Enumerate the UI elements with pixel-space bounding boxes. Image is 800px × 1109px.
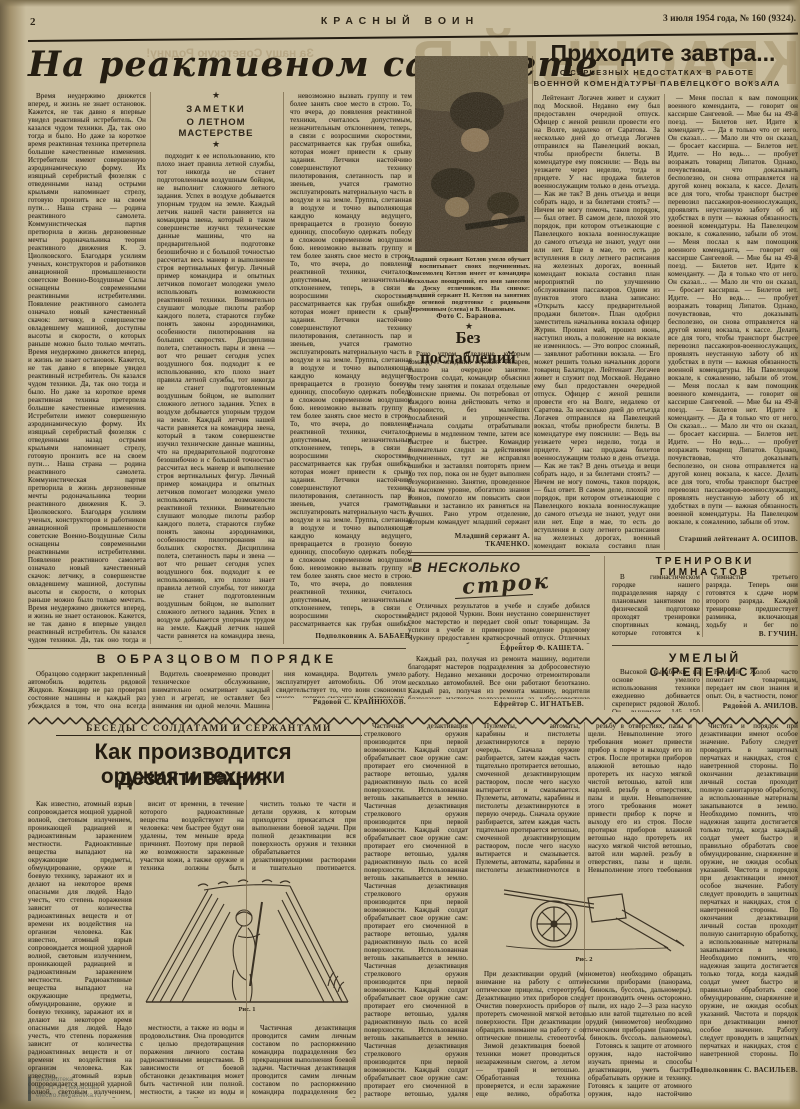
column-rule bbox=[702, 668, 703, 712]
scraper-column-1: Высокой выработки на основе умелого испо… bbox=[612, 668, 700, 712]
figure-1-caption: Рис. 1 bbox=[138, 1006, 356, 1013]
column-rule bbox=[604, 556, 605, 710]
jet-article-column-2: подходит к ее использованию, кто плохо з… bbox=[157, 152, 275, 642]
masthead-title: КРАСНЫЙ ВОИН bbox=[300, 15, 500, 27]
notes-box-line1: ЗАМЕТКИ bbox=[157, 104, 275, 115]
zigzag-divider bbox=[28, 712, 798, 720]
star-icon: ★ bbox=[157, 90, 275, 101]
double-rule bbox=[408, 555, 590, 556]
notes-box-line2: О ЛЕТНОМ МАСТЕРСТВЕ bbox=[157, 117, 275, 139]
watermark-line3: electro.nekrasovka.ru bbox=[36, 1092, 176, 1100]
jet-article-headline: На реактивном самолете bbox=[28, 44, 414, 85]
come-tomorrow-column-1: Лейтенант Логачев живет и служит под Мос… bbox=[534, 94, 660, 550]
exemplary-order-signature: Рядовой С. КРАЙНЮХОВ. bbox=[276, 698, 406, 706]
few-lines-item-1: Отличных результатов в учебе и службе до… bbox=[408, 602, 590, 644]
deactivation-column-3-bottom: Частичная дезактивация проводится самим … bbox=[252, 1024, 356, 1098]
few-lines-item-2-signature: Ефрейтор С. ИГНАТЬЕВ. bbox=[408, 700, 584, 708]
column-rule bbox=[148, 670, 149, 710]
column-rule bbox=[150, 92, 151, 644]
newspaper-page-scan: КРАСНЫЙ ВОИН За нашу Советскую Родину! 2… bbox=[0, 0, 800, 1109]
exemplary-order-column-3: ния командира. Водитель умело эксплуатир… bbox=[276, 670, 406, 698]
exemplary-order-column-2: Водитель своевременно проводит техническ… bbox=[152, 670, 270, 710]
scan-edge-left bbox=[0, 0, 26, 1109]
watermark-bar-icon bbox=[28, 1077, 31, 1101]
column-rule bbox=[283, 92, 284, 644]
deactivation-column-1: Как известно, атомный взрыв сопровождает… bbox=[28, 800, 132, 1098]
column-rule bbox=[360, 722, 361, 1098]
deactivation-column-4: Частичная дезактивация стрелкового оружи… bbox=[364, 722, 468, 1098]
watermark-line2: им. Н. А. Некрасова bbox=[36, 1084, 176, 1092]
jet-article-column-3: невозможно вызвать группу и тем более за… bbox=[290, 92, 412, 628]
date-issue-line: 3 июля 1954 года, № 160 (9324). bbox=[540, 14, 796, 24]
come-tomorrow-subtitle-1: О СЕРЬЕЗНЫХ НЕДОСТАТКАХ В РАБОТЕ bbox=[514, 68, 800, 77]
scan-edge-top bbox=[0, 0, 800, 7]
column-rule bbox=[472, 722, 473, 1098]
page-number: 2 bbox=[30, 16, 36, 28]
exemplary-order-column-1: Образцово содержит закрепленный автомоби… bbox=[28, 670, 146, 710]
column-rule bbox=[532, 56, 533, 550]
few-lines-item-1-signature: Ефрейтор Ф. КАШЕТА. bbox=[408, 644, 584, 652]
star-icon: ★ bbox=[157, 139, 275, 150]
column-rule bbox=[134, 800, 135, 1098]
come-tomorrow-subtitle-2: ВОЕННОЙ КОМЕНДАТУРЫ ПАВЕЛЕЦКОГО ВОКЗАЛА bbox=[514, 79, 800, 88]
gymnasts-column-1: В гимнастическом городке нашего подразде… bbox=[612, 573, 700, 639]
deactivation-column-7: Чистота и порядок при дезактивации имеют… bbox=[700, 722, 798, 1060]
come-tomorrow-signature: Старший лейтенант А. ОСИПОВ. bbox=[668, 535, 798, 543]
come-tomorrow-headline: Приходите завтра... bbox=[528, 40, 798, 67]
jet-article-signature: Подполковник А. БАБАЕВ. bbox=[290, 632, 412, 640]
scraper-signature: Рядовой А. АЧИЛОВ. bbox=[706, 702, 798, 710]
talks-with-soldiers-kicker: БЕСЕДЫ С СОЛДАТАМИ И СЕРЖАНТАМИ bbox=[56, 724, 362, 736]
deactivation-column-5-top: Пулеметы, автоматы, карабины и пистолеты… bbox=[476, 722, 580, 872]
deactivation-column-6-top: резьбу в отверстиях, пазы и щели. Невыпо… bbox=[588, 722, 692, 872]
column-rule bbox=[584, 722, 585, 1098]
section-rule bbox=[408, 552, 798, 553]
deactivation-column-2-top: висит от времени, в течение которого рад… bbox=[140, 800, 244, 870]
gymnasts-column-2: гимнасты третьего разряда. Теперь они го… bbox=[706, 573, 798, 629]
come-tomorrow-column-2: — Меня послал к вам помощник военного ко… bbox=[668, 94, 798, 532]
column-rule bbox=[696, 722, 697, 1062]
library-watermark: Библиотека им. Н. А. Некрасова electro.n… bbox=[28, 1076, 176, 1100]
notes-on-flying-mastery-box: ★ ЗАМЕТКИ О ЛЕТНОМ МАСТЕРСТВЕ ★ bbox=[157, 90, 275, 150]
illustration-soldier-in-trench: Рис. 1 bbox=[138, 874, 356, 1020]
column-rule bbox=[246, 800, 247, 1098]
photo-caption: Младший сержант Котлов умело обучает и в… bbox=[408, 256, 530, 312]
jet-article-column-1: Время неудержимо движется вперед, и жизн… bbox=[28, 92, 146, 644]
section-rule bbox=[612, 645, 798, 646]
scraper-column-2: Рядовой Жолоб часто помогает товарищам, … bbox=[706, 668, 798, 702]
gymnasts-signature: В. ГУЧИН. bbox=[706, 630, 798, 638]
column-rule bbox=[272, 670, 273, 710]
photo-soldiers-rifle-training bbox=[415, 56, 528, 252]
deactivation-column-5-bottom: Зимой дезактивация боевой техники может … bbox=[476, 1042, 580, 1098]
column-rule bbox=[702, 573, 703, 637]
no-indulgence-body: Рано утром отделение, которым командует … bbox=[408, 350, 530, 528]
section-rule bbox=[28, 648, 406, 649]
deactivation-column-3-top: чистить только те части и детали оружия,… bbox=[252, 800, 356, 870]
exemplary-order-headline: В ОБРАЗЦОВОМ ПОРЯДКЕ bbox=[28, 652, 406, 666]
deactivation-signature: Подполковник С. ВАСИЛЬЕВ. bbox=[660, 1066, 798, 1074]
column-rule bbox=[664, 94, 665, 550]
watermark-line1: Библиотека bbox=[36, 1076, 176, 1084]
deactivation-headline-line2: оружия и техники bbox=[28, 765, 358, 789]
photo-credit: Фото С. Баранова. bbox=[408, 312, 530, 320]
no-indulgence-signature: Младший сержант А. ТКАЧЕНКО. bbox=[408, 532, 530, 548]
few-lines-item-2: Каждый раз, получая из ремонта машину, в… bbox=[408, 655, 590, 699]
